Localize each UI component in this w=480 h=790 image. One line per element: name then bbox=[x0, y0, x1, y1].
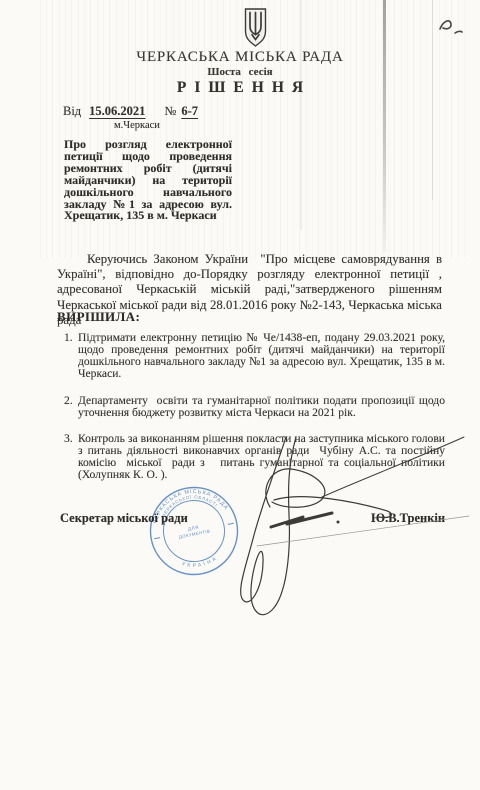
item-text: Департаменту освіти та гуманітарної полі… bbox=[78, 395, 445, 419]
doc-type-title: РІШЕННЯ bbox=[4, 79, 480, 97]
stamp-right-dash bbox=[228, 523, 234, 524]
round-stamp: ЧЕРКАСЬКА МІСЬКА РАДА ЧЕРКАСЬКОЇ ОБЛАСТІ… bbox=[141, 478, 247, 584]
signer-name: Ю.В.Тренкін bbox=[371, 511, 445, 526]
item-text: Підтримати електронну петицію № Че/1438-… bbox=[78, 332, 445, 380]
scan-artifact-fold-line bbox=[383, 0, 386, 252]
number-sign: № bbox=[164, 104, 176, 118]
scan-artifact-line bbox=[300, 0, 302, 230]
subject-paragraph: Про розгляд електронної петиції щодо про… bbox=[64, 139, 232, 222]
item-text: Контроль за виконанням рішення покласти … bbox=[78, 433, 445, 481]
from-label: Від bbox=[63, 104, 81, 118]
decision-item: 1. Підтримати електронну петицію № Че/14… bbox=[64, 332, 445, 380]
item-number: 2. bbox=[64, 395, 78, 419]
ukraine-trident-emblem-icon bbox=[244, 8, 267, 48]
city-line: м.Черкаси bbox=[114, 120, 160, 131]
doc-date: 15.06.2021 bbox=[89, 104, 145, 118]
session-line: Шоста сесія bbox=[0, 66, 480, 78]
item-number: 1. bbox=[64, 332, 78, 380]
scanned-document-page: ЧЕРКАСЬКА МІСЬКА РАДА Шоста сесія РІШЕНН… bbox=[0, 0, 480, 790]
decision-item: 2. Департаменту освіти та гуманітарної п… bbox=[64, 395, 445, 419]
org-name: ЧЕРКАСЬКА МІСЬКА РАДА bbox=[0, 49, 480, 66]
resolved-label: ВИРІШИЛА: bbox=[57, 309, 140, 325]
decision-list: 1. Підтримати електронну петицію № Че/14… bbox=[64, 332, 445, 496]
stamp-left-dash bbox=[154, 538, 160, 539]
pen-mark bbox=[440, 21, 462, 33]
doc-meta-line: Від15.06.2021№6-7 bbox=[63, 104, 198, 119]
decision-item: 3. Контроль за виконанням рішення поклас… bbox=[64, 433, 445, 481]
item-number: 3. bbox=[64, 433, 78, 481]
doc-number: 6-7 bbox=[181, 104, 198, 118]
scan-artifact-line bbox=[432, 0, 433, 200]
